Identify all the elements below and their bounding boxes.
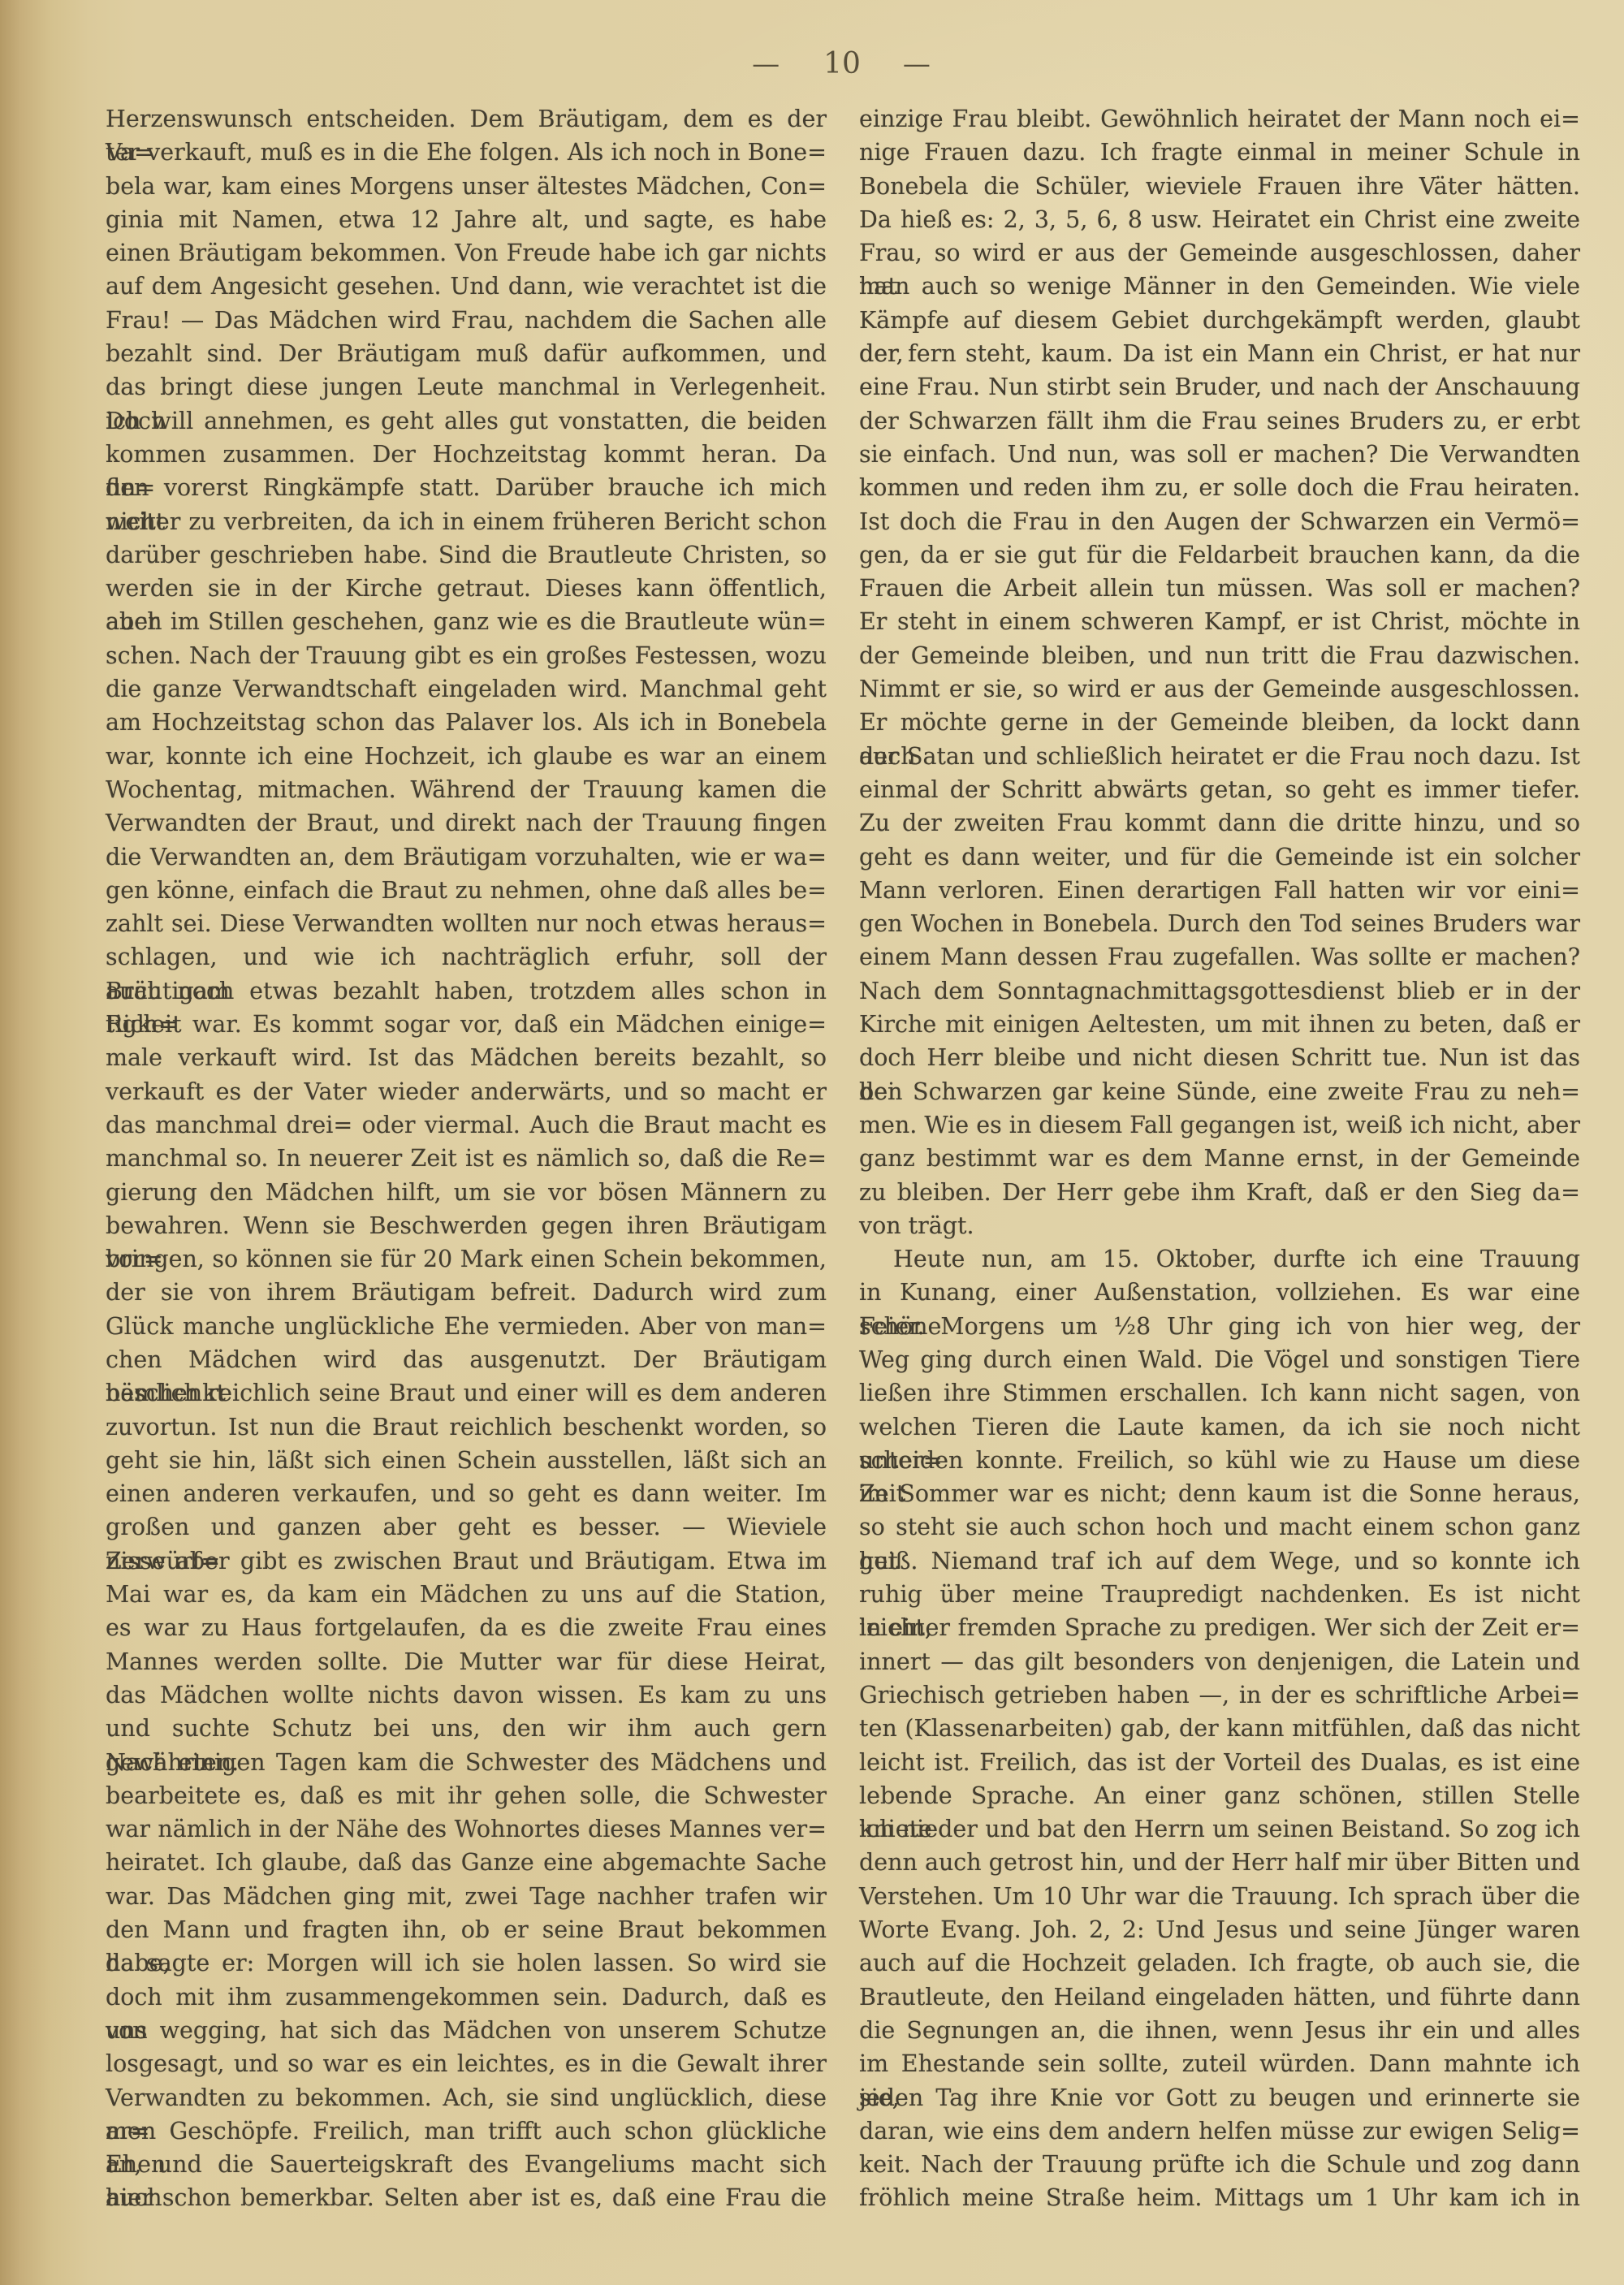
text-line: zuvortun. Ist nun die Braut reichlich be… bbox=[106, 1410, 827, 1444]
text-line: sie einfach. Und nun, was soll er machen… bbox=[859, 438, 1580, 471]
text-line: Mann verloren. Einen derartigen Fall hat… bbox=[859, 874, 1580, 907]
text-line: Verwandten zu bekommen. Ach, sie sind un… bbox=[106, 2081, 827, 2114]
text-line: jeden Tag ihre Knie vor Gott zu beugen u… bbox=[859, 2081, 1580, 2114]
text-line: Mai war es, da kam ein Mädchen zu uns au… bbox=[106, 1578, 827, 1611]
text-line: chen Mädchen wird das ausgenutzt. Der Br… bbox=[106, 1343, 827, 1376]
text-line: Verwandten der Braut, und direkt nach de… bbox=[106, 806, 827, 840]
text-line: weiter zu verbreiten, da ich in einem fr… bbox=[106, 505, 827, 538]
text-line: Kämpfe auf diesem Gebiet durchgekämpft w… bbox=[859, 304, 1580, 337]
text-line: welchen Tieren die Laute kamen, da ich s… bbox=[859, 1410, 1580, 1444]
text-line: Ist doch die Frau in den Augen der Schwa… bbox=[859, 505, 1580, 538]
text-line: Mannes werden sollte. Die Mutter war für… bbox=[106, 1645, 827, 1678]
book-page: — 10 — Herzenswunsch entscheiden. Dem Br… bbox=[0, 0, 1624, 2285]
page-header: — 10 — bbox=[104, 47, 1580, 80]
text-line: Er möchte gerne in der Gemeinde bleiben,… bbox=[859, 706, 1580, 739]
text-line: keit. Nach der Trauung prüfte ich die Sc… bbox=[859, 2148, 1580, 2181]
text-line: einmal der Schritt abwärts getan, so geh… bbox=[859, 773, 1580, 806]
text-line: einen Bräutigam bekommen. Von Freude hab… bbox=[106, 236, 827, 270]
text-line: heiß. Niemand traf ich auf dem Wege, und… bbox=[859, 1544, 1580, 1578]
text-line: Brautleute, den Heiland eingeladen hätte… bbox=[859, 1980, 1580, 2014]
text-line: großen und ganzen aber geht es besser. —… bbox=[106, 1510, 827, 1544]
text-line: Worte Evang. Joh. 2, 2: Und Jesus und se… bbox=[859, 1913, 1580, 1946]
text-line: Frau, so wird er aus der Gemeinde ausges… bbox=[859, 236, 1580, 270]
text-line: auch im Stillen geschehen, ganz wie es d… bbox=[106, 605, 827, 638]
text-line: war, konnte ich eine Hochzeit, ich glaub… bbox=[106, 740, 827, 773]
text-line: auch auf die Hochzeit geladen. Ich fragt… bbox=[859, 1946, 1580, 1980]
text-line: der Satan und schließlich heiratet er di… bbox=[859, 740, 1580, 773]
text-line: doch Herr bleibe und nicht diesen Schrit… bbox=[859, 1041, 1580, 1074]
text-line: die ganze Verwandtschaft eingeladen wird… bbox=[106, 672, 827, 706]
text-line: geht sie hin, läßt sich einen Schein aus… bbox=[106, 1444, 827, 1477]
text-line: lebende Sprache. An einer ganz schönen, … bbox=[859, 1779, 1580, 1812]
text-line: Kirche mit einigen Aeltesten, um mit ihn… bbox=[859, 1008, 1580, 1041]
text-line: darüber geschrieben habe. Sind die Braut… bbox=[106, 538, 827, 572]
text-line: zu bleiben. Der Herr gebe ihm Kraft, daß… bbox=[859, 1176, 1580, 1209]
text-line: bela war, kam eines Morgens unser ältest… bbox=[106, 170, 827, 203]
text-line: nisse aber gibt es zwischen Braut und Br… bbox=[106, 1544, 827, 1578]
text-line: kommen zusammen. Der Hochzeitstag kommt … bbox=[106, 438, 827, 471]
text-line: einen anderen verkaufen, und so geht es … bbox=[106, 1477, 827, 1510]
text-line: den vorerst Ringkämpfe statt. Darüber br… bbox=[106, 471, 827, 504]
text-line: bewahren. Wenn sie Beschwerden gegen ihr… bbox=[106, 1209, 827, 1242]
text-line: Weg ging durch einen Wald. Die Vögel und… bbox=[859, 1343, 1580, 1376]
text-line: und suchte Schutz bei uns, den wir ihm a… bbox=[106, 1712, 827, 1745]
text-line: denn auch getrost hin, und der Herr half… bbox=[859, 1846, 1580, 1879]
text-line: an, und die Sauerteigskraft des Evangeli… bbox=[106, 2148, 827, 2181]
text-line: schlagen, und wie ich nachträglich erfuh… bbox=[106, 940, 827, 974]
text-line: so steht sie auch schon hoch und macht e… bbox=[859, 1510, 1580, 1544]
text-line: Wochentag, mitmachen. Während der Trauun… bbox=[106, 773, 827, 806]
text-line: schen. Nach der Trauung gibt es ein groß… bbox=[106, 639, 827, 672]
text-line: Griechisch getrieben haben —, in der es … bbox=[859, 1678, 1580, 1712]
text-line: hier schon bemerkbar. Selten aber ist es… bbox=[106, 2181, 827, 2214]
text-line: ten (Klassenarbeiten) gab, der kann mitf… bbox=[859, 1712, 1580, 1745]
text-line: gierung den Mädchen hilft, um sie vor bö… bbox=[106, 1176, 827, 1209]
text-line: der Schwarzen fällt ihm die Frau seines … bbox=[859, 404, 1580, 438]
text-line: das manchmal drei= oder viermal. Auch di… bbox=[106, 1108, 827, 1142]
text-line: Nimmt er sie, so wird er aus der Gemeind… bbox=[859, 672, 1580, 706]
text-line: Herzenswunsch entscheiden. Dem Bräutigam… bbox=[106, 102, 827, 136]
text-line: doch mit ihm zusammengekommen sein. Dadu… bbox=[106, 1980, 827, 2014]
text-line: einem Mann dessen Frau zugefallen. Was s… bbox=[859, 940, 1580, 974]
text-line: Nach dem Sonntagnachmittagsgottesdienst … bbox=[859, 974, 1580, 1008]
text-line: auf dem Angesicht gesehen. Und dann, wie… bbox=[106, 270, 827, 303]
text-line: eine Frau. Nun stirbt sein Bruder, und n… bbox=[859, 370, 1580, 404]
text-line: Frau! — Das Mädchen wird Frau, nachdem d… bbox=[106, 304, 827, 337]
text-column-right: einzige Frau bleibt. Gewöhnlich heiratet… bbox=[859, 102, 1580, 2215]
text-line: in Kunang, einer Außenstation, vollziehe… bbox=[859, 1276, 1580, 1309]
text-line: Er steht in einem schweren Kampf, er ist… bbox=[859, 605, 1580, 638]
header-dash-right: — bbox=[903, 48, 932, 80]
text-line: geht es dann weiter, und für die Gemeind… bbox=[859, 840, 1580, 874]
text-line: bearbeitete es, daß es mit ihr gehen sol… bbox=[106, 1779, 827, 1812]
text-line: ich nieder und bat den Herrn um seinen B… bbox=[859, 1812, 1580, 1846]
text-line: Da hieß es: 2, 3, 5, 6, 8 usw. Heiratet … bbox=[859, 203, 1580, 236]
text-line: zahlt sei. Diese Verwandten wollten nur … bbox=[106, 907, 827, 940]
text-line: daran, wie eins dem andern helfen müsse … bbox=[859, 2114, 1580, 2148]
text-line: auch noch etwas bezahlt haben, trotzdem … bbox=[106, 974, 827, 1008]
text-line: uns wegging, hat sich das Mädchen von un… bbox=[106, 2014, 827, 2047]
text-line: Feier. Morgens um ½8 Uhr ging ich von hi… bbox=[859, 1310, 1580, 1343]
text-line: gen Wochen in Bonebela. Durch den Tod se… bbox=[859, 907, 1580, 940]
text-line: ter verkauft, muß es in die Ehe folgen. … bbox=[106, 136, 827, 169]
text-line: male verkauft wird. Ist das Mädchen bere… bbox=[106, 1041, 827, 1074]
text-line: Glück manche unglückliche Ehe vermieden.… bbox=[106, 1310, 827, 1343]
text-line: men Geschöpfe. Freilich, man trifft auch… bbox=[106, 2114, 827, 2148]
text-line: es war zu Haus fortgelaufen, da es die z… bbox=[106, 1611, 827, 1644]
text-line: der fern steht, kaum. Da ist ein Mann ei… bbox=[859, 337, 1580, 370]
text-line: man auch so wenige Männer in den Gemeind… bbox=[859, 270, 1580, 303]
text-line: war nämlich in der Nähe des Wohnortes di… bbox=[106, 1812, 827, 1846]
text-line: am Hochzeitstag schon das Palaver los. A… bbox=[106, 706, 827, 739]
text-line: kommen und reden ihm zu, er solle doch d… bbox=[859, 471, 1580, 504]
text-line: Heute nun, am 15. Oktober, durfte ich ei… bbox=[859, 1242, 1580, 1276]
text-line: der Gemeinde bleiben, und nun tritt die … bbox=[859, 639, 1580, 672]
header-dash-left: — bbox=[752, 48, 781, 80]
text-line: der sie von ihrem Bräutigam befreit. Dad… bbox=[106, 1276, 827, 1309]
page-number: 10 bbox=[823, 47, 861, 80]
text-line: heiratet. Ich glaube, daß das Ganze eine… bbox=[106, 1846, 827, 1879]
text-line: Bonebela die Schüler, wieviele Frauen ih… bbox=[859, 170, 1580, 203]
text-line: einzige Frau bleibt. Gewöhnlich heiratet… bbox=[859, 102, 1580, 136]
text-line: ruhig über meine Traupredigt nachdenken.… bbox=[859, 1578, 1580, 1611]
text-line: bezahlt sind. Der Bräutigam muß dafür au… bbox=[106, 337, 827, 370]
text-line: den Mann und fragten ihn, ob er seine Br… bbox=[106, 1913, 827, 1946]
text-line: ginia mit Namen, etwa 12 Jahre alt, und … bbox=[106, 203, 827, 236]
text-line: verkauft es der Vater wieder anderwärts,… bbox=[106, 1075, 827, 1108]
text-line: losgesagt, und so war es ein leichtes, e… bbox=[106, 2047, 827, 2080]
text-line: die Segnungen an, die ihnen, wenn Jesus … bbox=[859, 2014, 1580, 2047]
text-line: Zu der zweiten Frau kommt dann die dritt… bbox=[859, 806, 1580, 840]
text-line: da sagte er: Morgen will ich sie holen l… bbox=[106, 1946, 827, 1980]
text-line: ganz bestimmt war es dem Manne ernst, in… bbox=[859, 1142, 1580, 1175]
text-line: die Verwandten an, dem Bräutigam vorzuha… bbox=[106, 840, 827, 874]
text-line: nämlich reichlich seine Braut und einer … bbox=[106, 1376, 827, 1410]
text-line: fröhlich meine Straße heim. Mittags um 1… bbox=[859, 2181, 1580, 2214]
text-line: im Ehestande sein sollte, zuteil würden.… bbox=[859, 2047, 1580, 2080]
text-line: das bringt diese jungen Leute manchmal i… bbox=[106, 370, 827, 404]
text-line: in einer fremden Sprache zu predigen. We… bbox=[859, 1611, 1580, 1644]
text-line: das Mädchen wollte nichts davon wissen. … bbox=[106, 1678, 827, 1712]
text-line: werden sie in der Kirche getraut. Dieses… bbox=[106, 572, 827, 605]
text-line: war. Das Mädchen ging mit, zwei Tage nac… bbox=[106, 1880, 827, 1913]
text-line: den Schwarzen gar keine Sünde, eine zwei… bbox=[859, 1075, 1580, 1108]
text-line: leicht ist. Freilich, das ist der Vortei… bbox=[859, 1746, 1580, 1779]
text-column-left: Herzenswunsch entscheiden. Dem Bräutigam… bbox=[106, 102, 827, 2215]
text-line: Frauen die Arbeit allein tun müssen. Was… bbox=[859, 572, 1580, 605]
text-line: scheiden konnte. Freilich, so kühl wie z… bbox=[859, 1444, 1580, 1477]
text-line: innert — das gilt besonders von denjenig… bbox=[859, 1645, 1580, 1678]
text-line: bringen, so können sie für 20 Mark einen… bbox=[106, 1242, 827, 1276]
text-line: gen könne, einfach die Braut zu nehmen, … bbox=[106, 874, 827, 907]
text-line: Verstehen. Um 10 Uhr war die Trauung. Ic… bbox=[859, 1880, 1580, 1913]
text-line: manchmal so. In neuerer Zeit ist es näml… bbox=[106, 1142, 827, 1175]
text-line: Nach einigen Tagen kam die Schwester des… bbox=[106, 1746, 827, 1779]
text-line: im Sommer war es nicht; denn kaum ist di… bbox=[859, 1477, 1580, 1510]
text-line: ich will annehmen, es geht alles gut von… bbox=[106, 404, 827, 438]
text-line: men. Wie es in diesem Fall gegangen ist,… bbox=[859, 1108, 1580, 1142]
text-line: tigkeit war. Es kommt sogar vor, daß ein… bbox=[106, 1008, 827, 1041]
text-line: nige Frauen dazu. Ich fragte einmal in m… bbox=[859, 136, 1580, 169]
text-line: gen, da er sie gut für die Feldarbeit br… bbox=[859, 538, 1580, 572]
text-line: von trägt. bbox=[859, 1209, 1580, 1242]
text-line: ließen ihre Stimmen erschallen. Ich kann… bbox=[859, 1376, 1580, 1410]
